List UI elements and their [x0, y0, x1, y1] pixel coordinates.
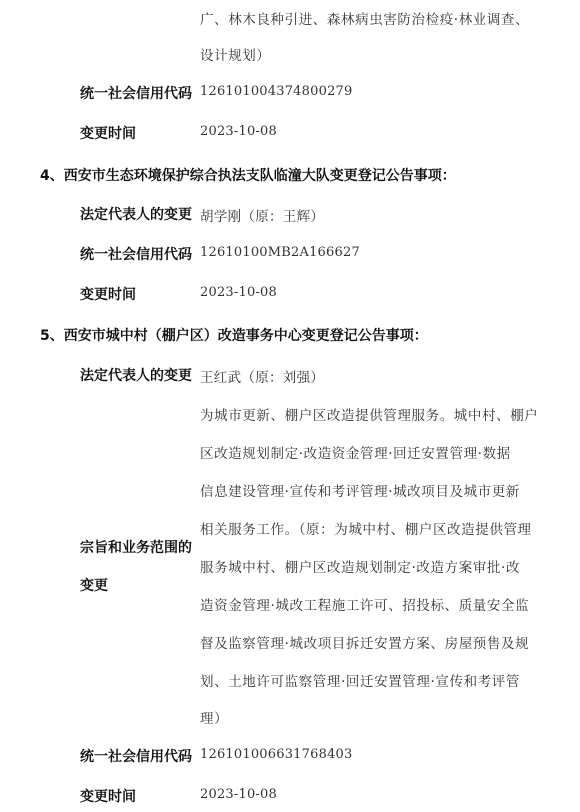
change-time-label: 变更时间	[80, 123, 136, 143]
scope-change-label-cont: 变更	[80, 575, 108, 595]
scope-change-label: 宗旨和业务范围的	[80, 537, 192, 557]
announcement-document: 广、林木良种引进、森林病虫害防治检疫·林业调查、 设计规划） 统一社会信用代码 …	[0, 0, 580, 812]
credit-code-label: 统一社会信用代码	[80, 746, 192, 766]
section-heading: 4、西安市生态环境保护综合执法支队临潼大队变更登记公告事项：	[40, 165, 456, 185]
legal-rep-label: 法定代表人的变更	[80, 204, 192, 224]
scope-text-line: 为城市更新、棚户区改造提供管理服务。城中村、棚户	[200, 404, 538, 424]
scope-text-line: 设计规划）	[200, 44, 271, 64]
scope-text-line: 信息建设管理·宣传和考评管理·城改项目及城市更新	[200, 480, 520, 500]
credit-code-label: 统一社会信用代码	[80, 83, 192, 103]
scope-text-line: 相关服务工作。（原：为城中村、棚户区改造提供管理	[200, 518, 532, 538]
scope-text-line: 理）	[200, 707, 228, 727]
credit-code-label: 统一社会信用代码	[80, 244, 192, 264]
scope-text-line: 区改造规划制定·改造资金管理·回迁安置管理·数据	[200, 442, 511, 462]
scope-text-line: 划、土地许可监察管理·回迁安置管理·宣传和考评管	[200, 670, 520, 690]
change-time-label: 变更时间	[80, 786, 136, 806]
change-time-value: 2023-10-08	[200, 787, 277, 802]
change-time-value: 2023-10-08	[200, 124, 277, 139]
legal-rep-label: 法定代表人的变更	[80, 365, 192, 385]
credit-code-value: 126101006631768403	[200, 747, 352, 762]
scope-text-line: 督及监察管理·城改项目拆迁安置方案、房屋预售及规	[200, 632, 529, 652]
scope-text-line: 服务城中村、棚户区改造规划制定·改造方案审批·改	[200, 556, 520, 576]
change-time-value: 2023-10-08	[200, 285, 277, 300]
change-time-label: 变更时间	[80, 284, 136, 304]
credit-code-value: 12610100MB2A166627	[200, 245, 360, 260]
scope-text-line: 广、林木良种引进、森林病虫害防治检疫·林业调查、	[200, 8, 529, 28]
legal-rep-value: 王红武（原：刘强）	[200, 366, 324, 386]
section-heading: 5、西安市城中村（棚户区）改造事务中心变更登记公告事项：	[40, 325, 428, 345]
scope-text-line: 造资金管理·城改工程施工许可、招投标、质量安全监	[200, 594, 529, 614]
credit-code-value: 126101004374800279	[200, 84, 352, 99]
legal-rep-value: 胡学刚（原：王辉）	[200, 205, 324, 225]
